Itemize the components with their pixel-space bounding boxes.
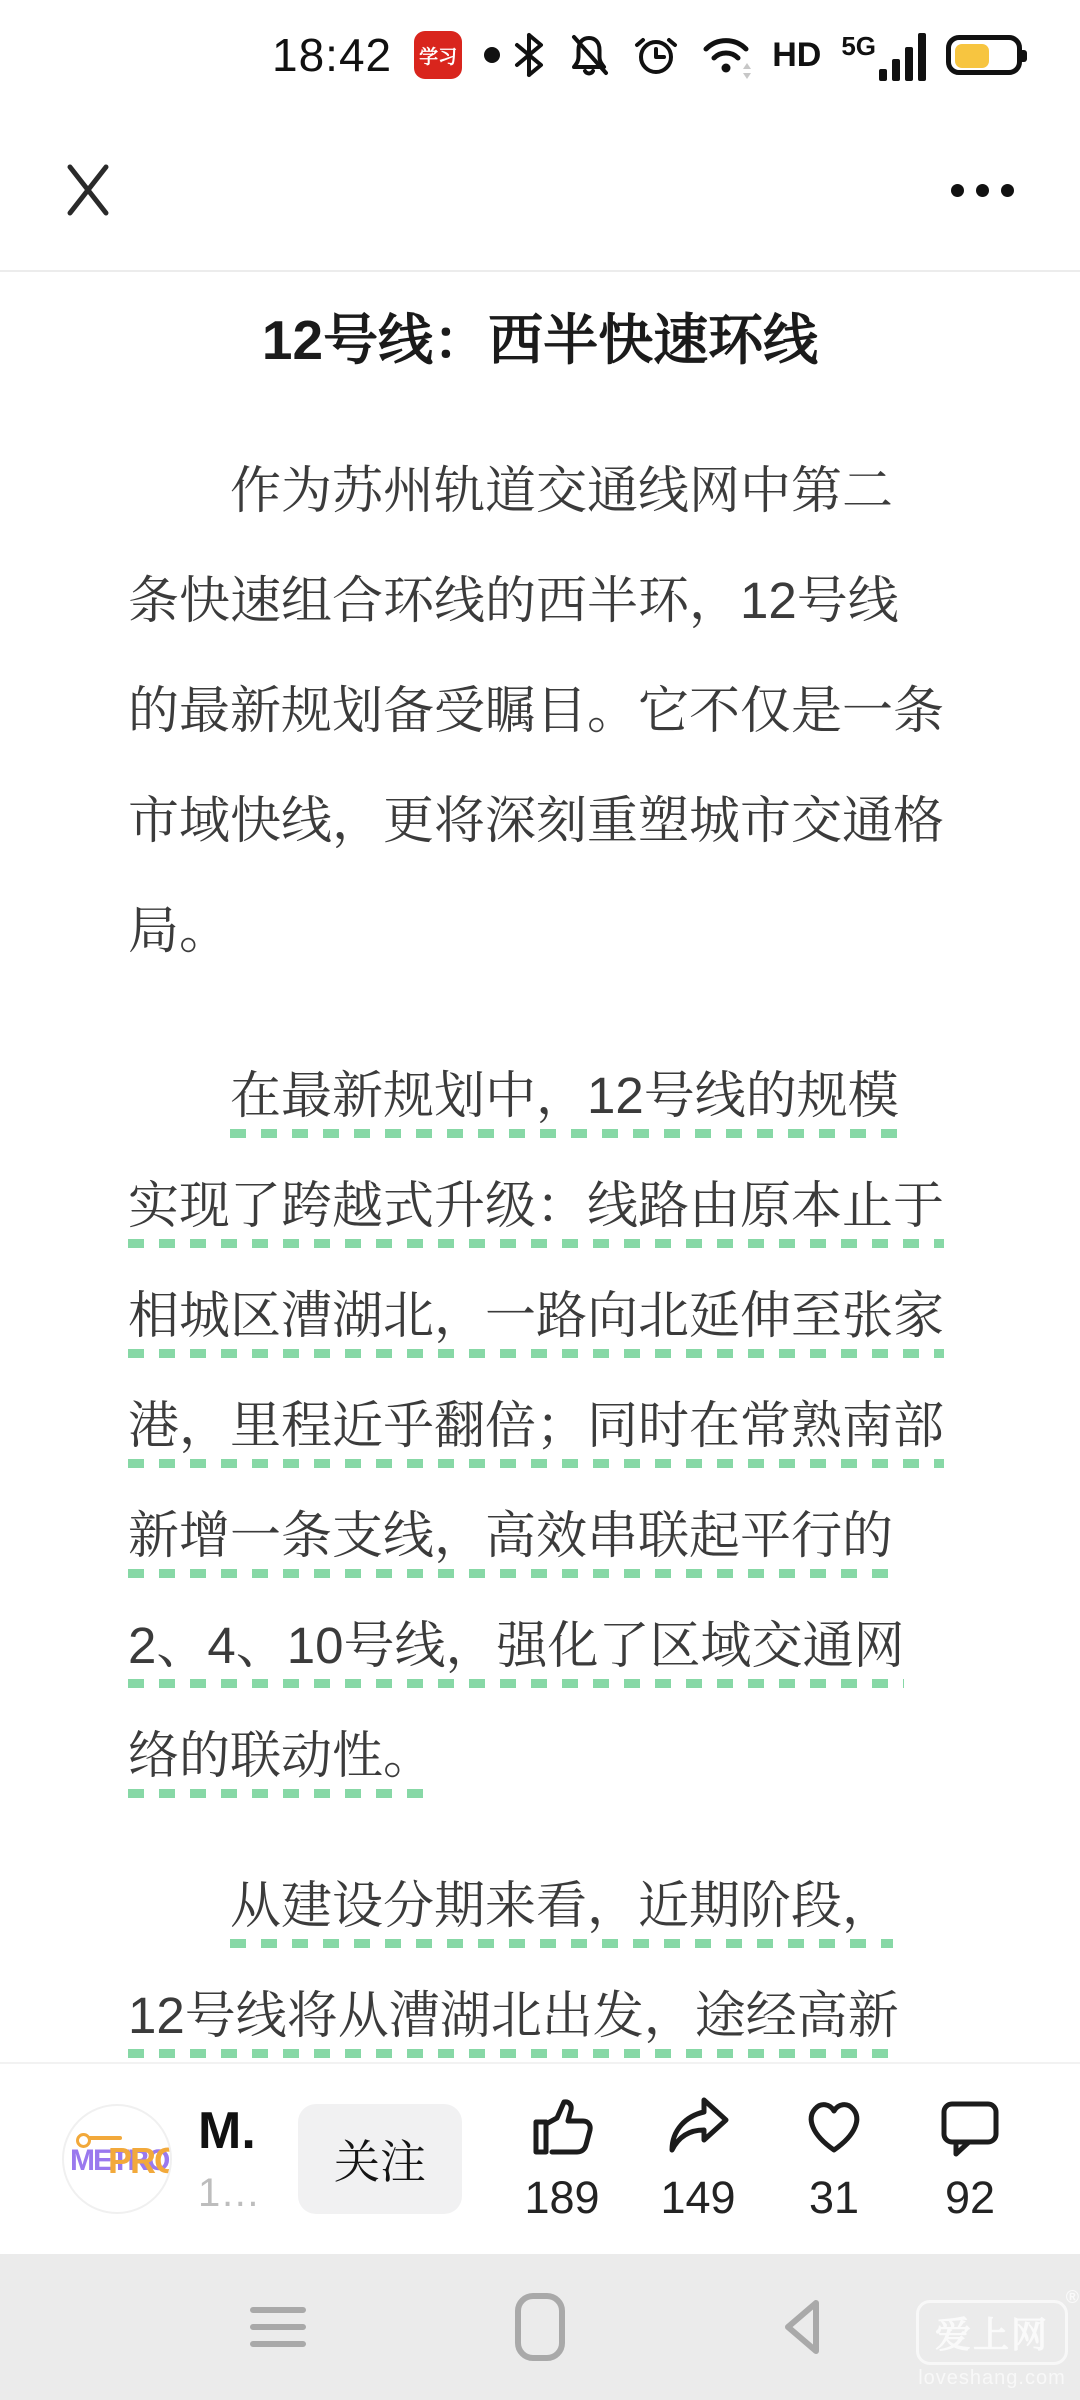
text-line: 港，里程近乎翻倍；同时在常熟南部 [128, 1371, 952, 1481]
text-line: 从建设分期来看，近期阶段， [128, 1851, 952, 1961]
bluetooth-icon [512, 31, 546, 79]
article-header [0, 110, 1080, 272]
comment-count: 92 [945, 2172, 995, 2224]
text-line: 新增一条支线，高效串联起平行的 [128, 1481, 952, 1591]
heart-icon [801, 2094, 867, 2160]
share-button[interactable]: 149 [646, 2094, 750, 2224]
clock-time: 18:42 [272, 28, 392, 82]
avatar-logo-overlay-text: PRO [108, 2140, 172, 2182]
share-count: 149 [660, 2172, 735, 2224]
back-button[interactable] [769, 2294, 835, 2360]
article-title: 12号线：西半快速环线 [128, 294, 952, 386]
alarm-clock-icon [632, 31, 680, 79]
text-line: 12号线将从漕湖北出发，途经高新 [128, 1961, 952, 2062]
dot-icon [951, 184, 964, 197]
author-subtext: 1… [198, 2171, 290, 2216]
text-line: 在最新规划中，12号线的规模 [128, 1041, 952, 1151]
thumbs-up-icon [528, 2094, 596, 2160]
phone-screen: 18:42 学习 HD 5G [0, 0, 1080, 2400]
status-right-cluster: HD 5G [512, 0, 1022, 110]
paragraph-underlined: 从建设分期来看，近期阶段， 12号线将从漕湖北出发，途经高新 [128, 1851, 952, 2062]
text-line: 作为苏州轨道交通线网中第二 [128, 436, 952, 546]
signal-bars-icon [879, 33, 926, 81]
engagement-actions: 189 149 31 92 [510, 2094, 1050, 2224]
hd-indicator: HD [772, 36, 821, 75]
paragraph: 作为苏州轨道交通线网中第二 条快速组合环线的西半环，12号线 的最新规划备受瞩目… [128, 436, 952, 986]
article-content[interactable]: 12号线：西半快速环线 作为苏州轨道交通线网中第二 条快速组合环线的西半环，12… [0, 272, 1080, 2062]
watermark-url: loveshang.com [916, 2367, 1068, 2390]
share-arrow-icon [664, 2094, 732, 2160]
system-navigation-bar: 爱上网® loveshang.com [0, 2254, 1080, 2400]
like-button[interactable]: 189 [510, 2094, 614, 2224]
close-button[interactable] [56, 158, 120, 222]
text-line: 2、4、10号线，强化了区域交通网 [128, 1591, 952, 1701]
comment-bubble-icon [936, 2094, 1004, 2160]
favorite-count: 31 [809, 2172, 859, 2224]
more-options-button[interactable] [941, 174, 1024, 207]
text-line: 的最新规划备受瞩目。它不仅是一条 [128, 656, 952, 766]
home-button[interactable] [507, 2294, 573, 2360]
watermark-text: 爱上网® [916, 2300, 1068, 2365]
mute-bell-icon [566, 31, 612, 79]
favorite-button[interactable]: 31 [782, 2094, 886, 2224]
author-info[interactable]: M. 1… [198, 2102, 290, 2217]
follow-button[interactable]: 关注 [298, 2104, 462, 2214]
author-name: M. [198, 2102, 290, 2162]
text-line: 市域快线，更将深刻重塑城市交通格 [128, 766, 952, 876]
text-line: 局。 [128, 876, 952, 986]
xuexi-app-icon: 学习 [414, 31, 462, 79]
text-line: 相城区漕湖北，一路向北延伸至张家 [128, 1261, 952, 1371]
network-type-label: 5G [841, 33, 876, 59]
battery-icon [946, 35, 1022, 75]
bottom-action-bar: METRO PRO M. 1… 关注 189 149 [0, 2062, 1080, 2254]
status-bar: 18:42 学习 HD 5G [0, 0, 1080, 110]
watermark: 爱上网® loveshang.com [916, 2300, 1068, 2390]
paragraph-underlined: 在最新规划中，12号线的规模 实现了跨越式升级：线路由原本止于 相城区漕湖北，一… [128, 1041, 952, 1811]
signal-strength-icon: 5G [841, 29, 926, 81]
dot-icon [976, 184, 989, 197]
text-line: 条快速组合环线的西半环，12号线 [128, 546, 952, 656]
like-count: 189 [524, 2172, 599, 2224]
comment-button[interactable]: 92 [918, 2094, 1022, 2224]
author-avatar[interactable]: METRO PRO [62, 2104, 172, 2214]
registered-mark: ® [1066, 2287, 1080, 2308]
dot-icon [1001, 184, 1014, 197]
wifi-icon [700, 31, 752, 79]
recents-menu-button[interactable] [245, 2294, 311, 2360]
text-line: 络的联动性。 [128, 1701, 952, 1811]
notification-dot-icon [484, 47, 500, 63]
text-line: 实现了跨越式升级：线路由原本止于 [128, 1151, 952, 1261]
status-left-cluster: 18:42 学习 [272, 0, 500, 110]
